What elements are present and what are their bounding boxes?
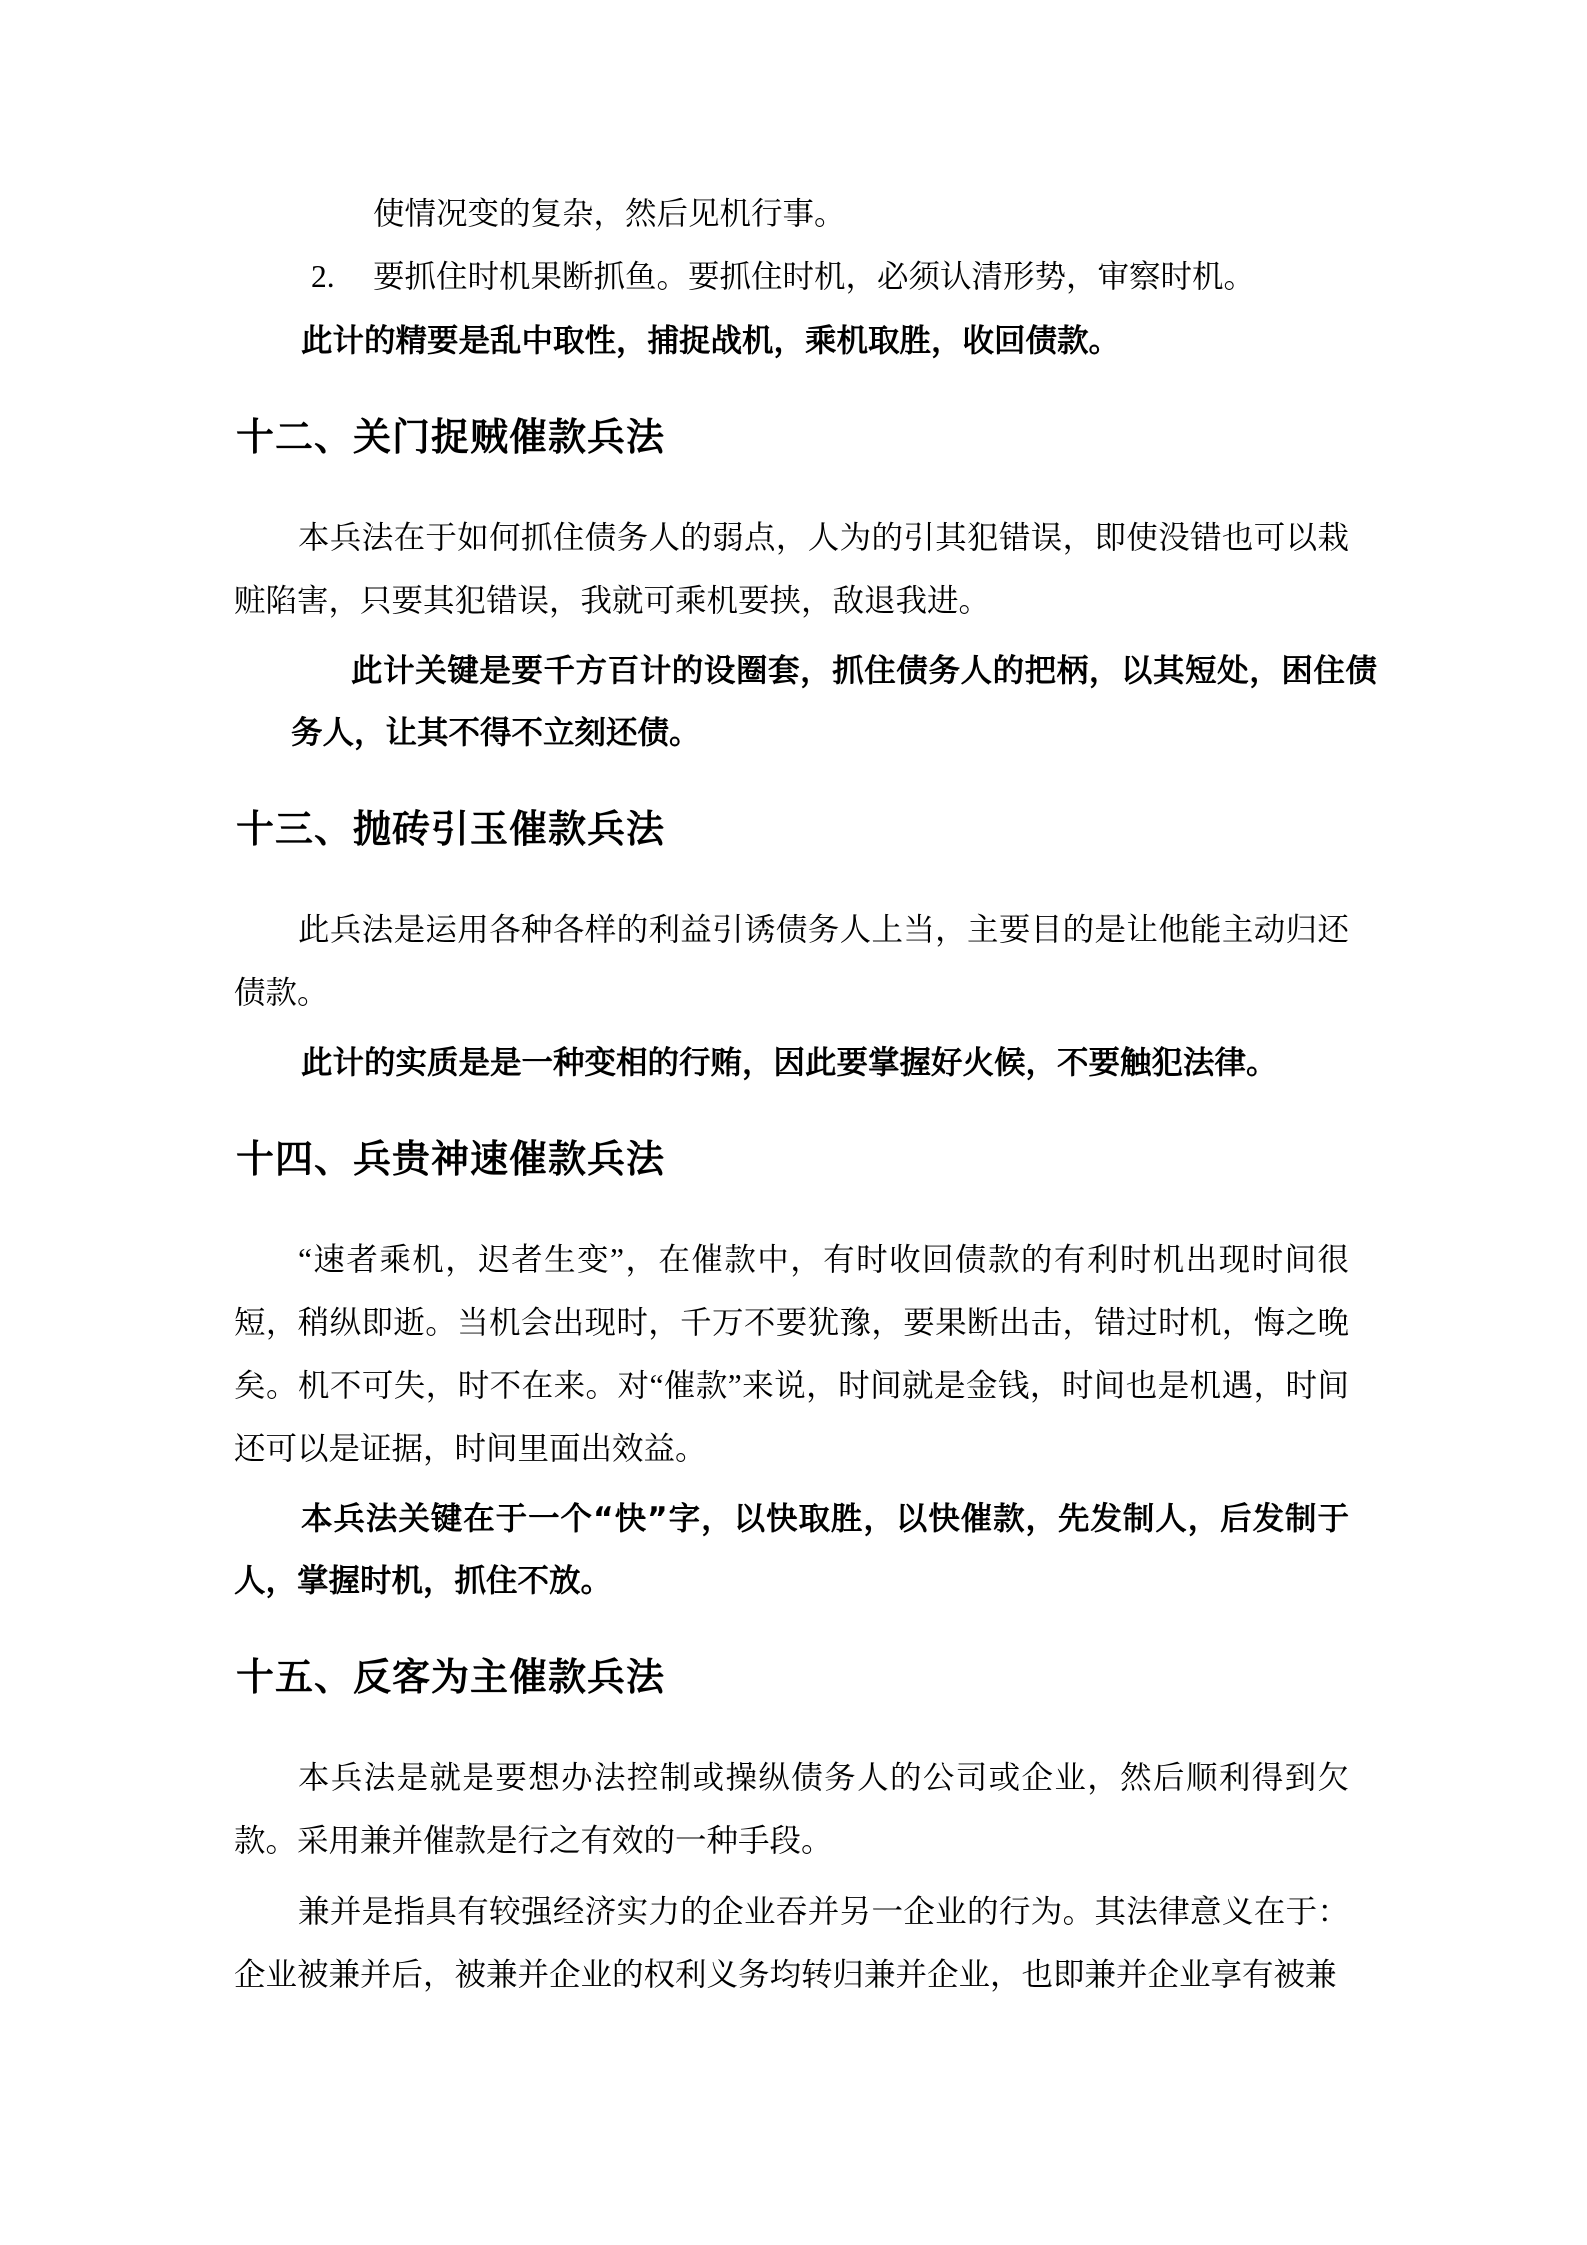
section-heading-15: 十五、反客为主催款兵法	[236, 1650, 1349, 1704]
section-heading-12: 十二、关门捉贼催款兵法	[236, 410, 1349, 464]
body-paragraph: “速者乘机，迟者生变”，在催款中，有时收回债款的有利时机出现时间很短，稍纵即逝。…	[234, 1228, 1349, 1480]
emphasis-paragraph-key-point: 此计的实质是是一种变相的行贿，因此要掌握好火候，不要触犯法律。	[234, 1032, 1349, 1094]
emphasis-paragraph-key-point: 此计的精要是乱中取性，捕捉战机，乘机取胜，收回债款。	[234, 310, 1349, 372]
emphasis-paragraph-key-point: 此计关键是要千方百计的设圈套，抓住债务人的把柄，以其短处，困住债务人，让其不得不…	[291, 640, 1377, 764]
body-paragraph: 本兵法是就是要想办法控制或操纵债务人的公司或企业，然后顺利得到欠款。采用兼并催款…	[234, 1746, 1349, 1872]
list-item-continuation-line: 使情况变的复杂，然后见机行事。	[373, 182, 1349, 245]
document-content: 使情况变的复杂，然后见机行事。 2.要抓住时机果断抓鱼。要抓住时机，必须认清形势…	[234, 182, 1349, 2006]
body-paragraph: 本兵法在于如何抓住债务人的弱点，人为的引其犯错误，即使没错也可以栽赃陷害，只要其…	[234, 506, 1349, 632]
body-paragraph-page-break: 兼并是指具有较强经济实力的企业吞并另一企业的行为。其法律意义在于：企业被兼并后，…	[234, 1880, 1349, 2006]
numbered-list-item: 2.要抓住时机果断抓鱼。要抓住时机，必须认清形势，审察时机。	[311, 245, 1349, 308]
list-item-marker: 2.	[311, 245, 373, 308]
list-item-text: 要抓住时机果断抓鱼。要抓住时机，必须认清形势，审察时机。	[373, 259, 1255, 294]
document-page: 使情况变的复杂，然后见机行事。 2.要抓住时机果断抓鱼。要抓住时机，必须认清形势…	[0, 0, 1587, 2245]
section-heading-14: 十四、兵贵神速催款兵法	[236, 1132, 1349, 1186]
emphasis-paragraph-key-point: 本兵法关键在于一个“快”字，以快取胜，以快催款，先发制人，后发制于人，掌握时机，…	[234, 1488, 1349, 1612]
body-paragraph: 此兵法是运用各种各样的利益引诱债务人上当，主要目的是让他能主动归还债款。	[234, 898, 1349, 1024]
section-heading-13: 十三、抛砖引玉催款兵法	[236, 802, 1349, 856]
